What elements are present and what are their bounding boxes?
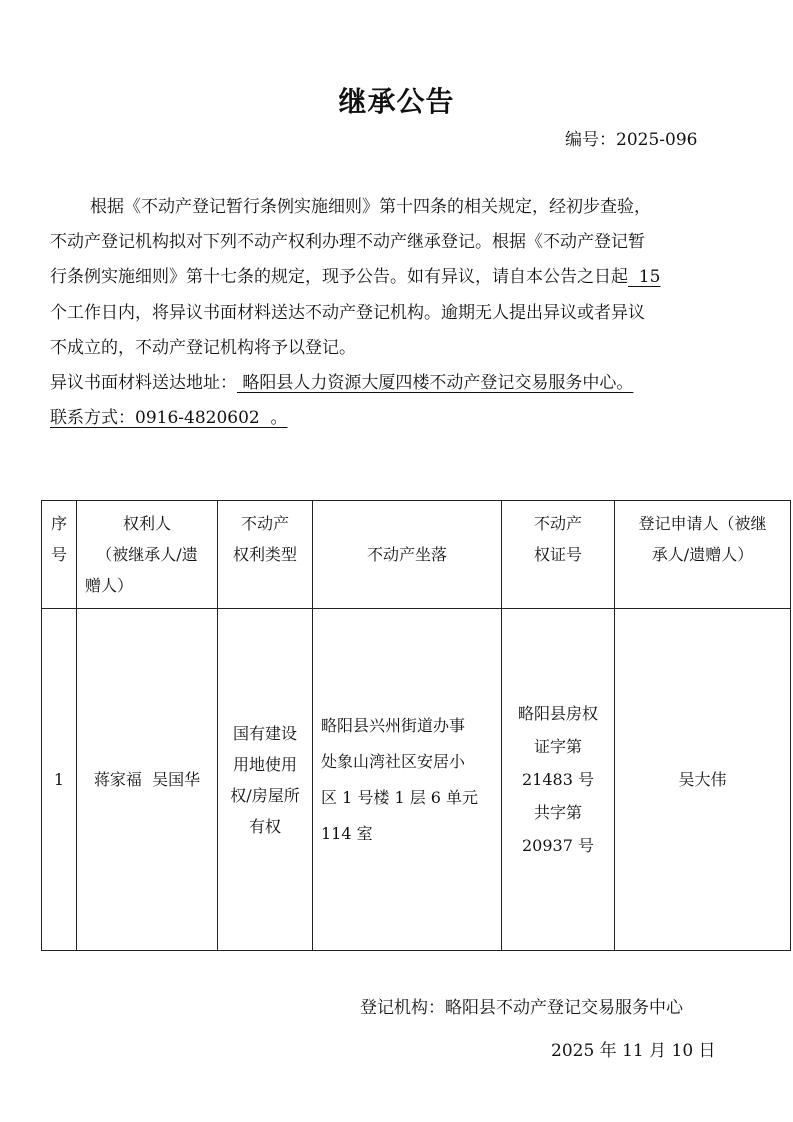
cell-location: 略阳县兴州街道办事 处象山湾社区安居小 区 1 号楼 1 层 6 单元 114 …	[313, 609, 502, 951]
address-value: 略阳县人力资源大厦四楼不动产登记交易服务中心。	[237, 373, 633, 393]
cell-certificate: 略阳县房权 证字第 21483 号 共字第 20937 号	[502, 609, 615, 951]
objection-days: 15	[628, 267, 660, 287]
paragraph-line: 根据《不动产登记暂行条例实施细则》第十四条的相关规定，经初步查验，	[50, 190, 746, 225]
contact-info: 联系方式：0916-4820602 。	[50, 408, 288, 428]
cell-text: 略阳县房权	[502, 697, 614, 730]
inheritance-table: 序 号 权利人 （被继承人/遗 赠人） 不动产 权利类型 不动产坐落 不动产 权…	[41, 500, 791, 951]
cell-text: 21483 号	[502, 763, 614, 796]
header-seq: 序 号	[42, 501, 77, 609]
header-text: 序	[42, 508, 76, 539]
cell-text: 20937 号	[502, 829, 614, 862]
cell-text: 114 室	[321, 816, 501, 852]
cell-right-type: 国有建设 用地使用 权/房屋所 有权	[218, 609, 313, 951]
announcement-date: 2025 年 11 月 10 日	[551, 1036, 716, 1061]
cell-text: 区 1 号楼 1 层 6 单元	[321, 780, 501, 816]
header-applicant: 登记申请人（被继 承人/遗赠人）	[615, 501, 791, 609]
cell-text: 略阳县兴州街道办事	[321, 708, 501, 744]
document-title: 继承公告	[0, 80, 793, 120]
header-text: 权利人	[77, 508, 217, 539]
paragraph-line: 不动产登记机构拟对下列不动产权利办理不动产继承登记。根据《不动产登记暂	[50, 225, 746, 260]
paragraph-text: 行条例实施细则》第十七条的规定，现予公告。如有异议，请自本公告之日起	[50, 267, 628, 287]
cell-text: 共字第	[502, 796, 614, 829]
header-certificate: 不动产 权证号	[502, 501, 615, 609]
header-text: 不动产	[502, 508, 614, 539]
header-text: 不动产	[218, 508, 312, 539]
paragraph-line: 行条例实施细则》第十七条的规定，现予公告。如有异议，请自本公告之日起 15	[50, 260, 746, 295]
announcement-body: 根据《不动产登记暂行条例实施细则》第十四条的相关规定，经初步查验， 不动产登记机…	[50, 190, 746, 436]
header-text: 赠人）	[77, 570, 217, 601]
header-text: 权利类型	[218, 539, 312, 570]
header-text: 承人/遗赠人）	[615, 539, 790, 570]
address-line: 异议书面材料送达地址： 略阳县人力资源大厦四楼不动产登记交易服务中心。	[50, 366, 746, 401]
registration-authority: 登记机构：略阳县不动产登记交易服务中心	[360, 993, 683, 1018]
cell-text: 处象山湾社区安居小	[321, 744, 501, 780]
header-location: 不动产坐落	[313, 501, 502, 609]
cell-text: 权/房屋所	[218, 780, 312, 811]
paragraph-line: 不成立的，不动产登记机构将予以登记。	[50, 331, 746, 366]
header-text: （被继承人/遗	[77, 539, 217, 570]
table-row: 1 蒋家福 吴国华 国有建设 用地使用 权/房屋所 有权 略阳县兴州街道办事 处…	[42, 609, 791, 951]
cell-text: 国有建设	[218, 718, 312, 749]
cell-applicant: 吴大伟	[615, 609, 791, 951]
header-right-type: 不动产 权利类型	[218, 501, 313, 609]
address-label: 异议书面材料送达地址：	[50, 373, 237, 393]
cell-seq: 1	[42, 609, 77, 951]
paragraph-line: 个工作日内，将异议书面材料送达不动产登记机构。逾期无人提出异议或者异议	[50, 296, 746, 331]
header-text: 登记申请人（被继	[615, 508, 790, 539]
header-text: 权证号	[502, 539, 614, 570]
cell-text: 用地使用	[218, 749, 312, 780]
document-number: 编号：2025-096	[565, 125, 697, 150]
header-text: 号	[42, 539, 76, 570]
cell-text: 有权	[218, 811, 312, 842]
contact-line: 联系方式：0916-4820602 。	[50, 401, 746, 436]
cell-holder: 蒋家福 吴国华	[77, 609, 218, 951]
table-header-row: 序 号 权利人 （被继承人/遗 赠人） 不动产 权利类型 不动产坐落 不动产 权…	[42, 501, 791, 609]
header-holder: 权利人 （被继承人/遗 赠人）	[77, 501, 218, 609]
cell-text: 证字第	[502, 730, 614, 763]
